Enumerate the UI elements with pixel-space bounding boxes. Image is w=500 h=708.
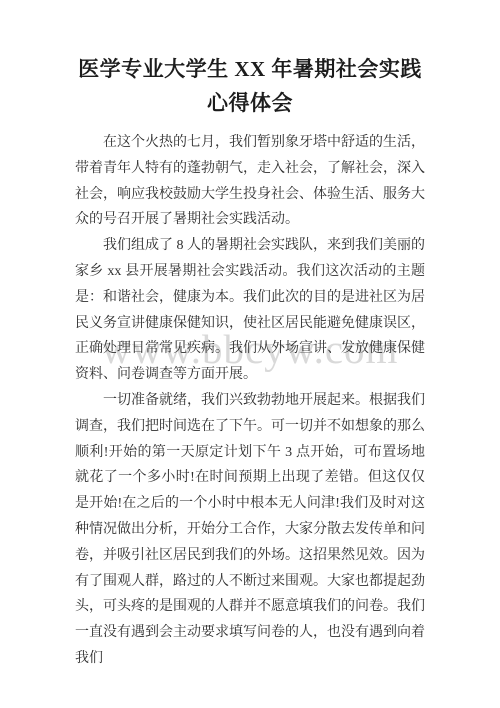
document-content: 医学专业大学生 XX 年暑期社会实践心得体会 在这个火热的七月，我们暂别象牙塔中… [0,0,500,672]
document-page: www.bbcyw.com 医学专业大学生 XX 年暑期社会实践心得体会 在这个… [0,0,500,708]
paragraph-intro: 在这个火热的七月，我们暂别象牙塔中舒适的生活，带着青年人特有的蓬勃朝气，走入社会… [75,130,425,233]
paragraph-activity-start: 一切准备就绪，我们兴致勃勃地开展起来。根据我们调查，我们把时间选在了下午。可一切… [75,388,425,672]
paragraph-team-theme: 我们组成了 8 人的暑期社会实践队，来到我们美丽的家乡 xx 县开展暑期社会实践… [75,233,425,388]
document-title: 医学专业大学生 XX 年暑期社会实践心得体会 [75,52,425,120]
